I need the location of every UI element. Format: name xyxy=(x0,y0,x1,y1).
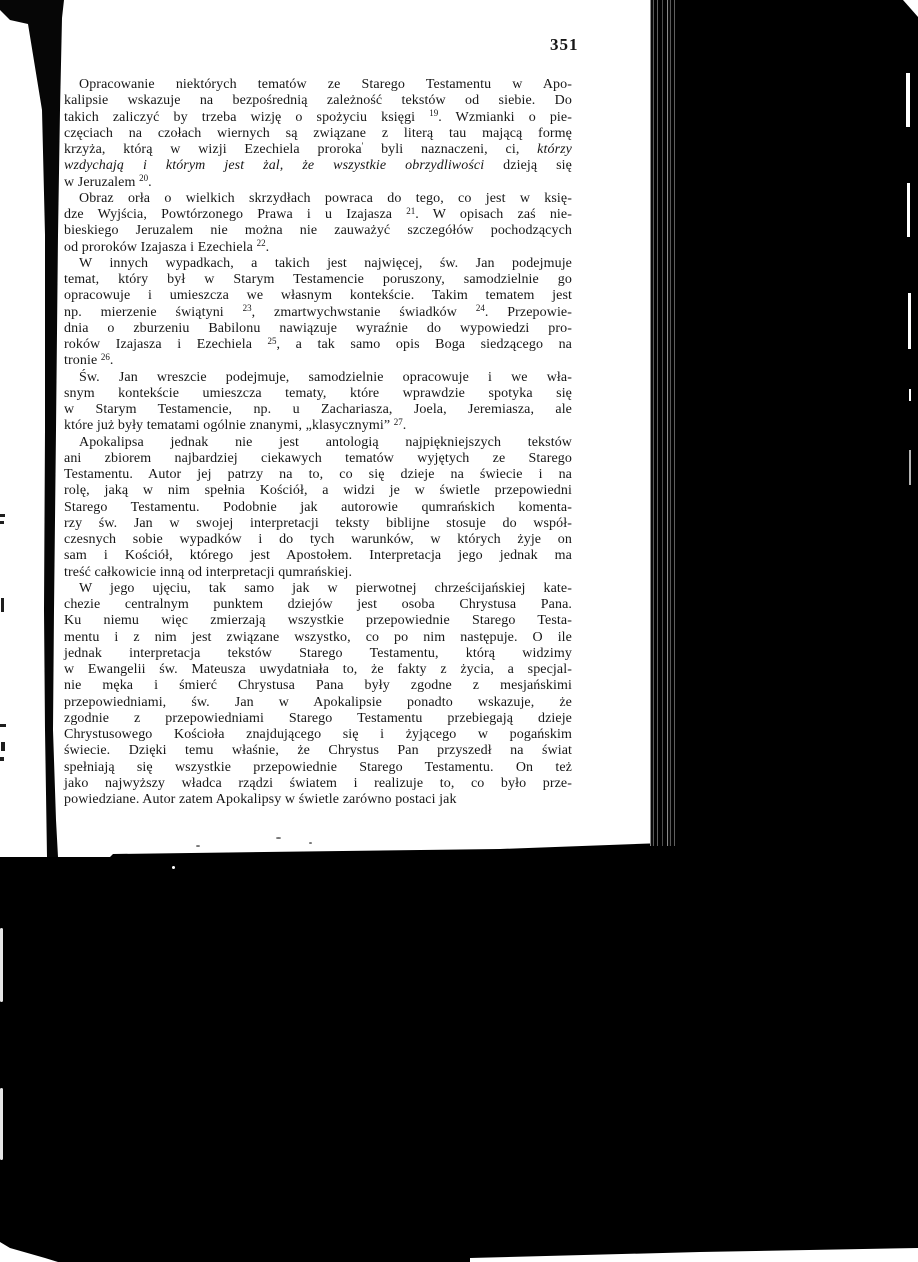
text-run: roków Izajasza i Ezechiela xyxy=(64,337,268,352)
text-block: Opracowanie niektórych tematów ze Stareg… xyxy=(64,77,572,808)
text-run: . Wzmianki o pie- xyxy=(438,110,572,125)
scan-artifact-mark xyxy=(1,598,4,612)
text-run: w Ewangelii św. Mateusza uwydatniała to,… xyxy=(64,662,572,677)
text-line: nie męka i śmierć Chrystusa Pana były zg… xyxy=(64,678,572,694)
text-line: powiedziane. Autor zatem Apokalipsy w św… xyxy=(64,792,572,808)
text-line: kalipsie wskazuje na bezpośrednią zależn… xyxy=(64,93,572,109)
text-line: Św. Jan wreszcie podejmuje, samodzielnie… xyxy=(64,370,572,386)
scan-artifact-edge xyxy=(907,183,910,237)
text-line: mentu i z nim jest związane wszystko, co… xyxy=(64,630,572,646)
text-line: np. mierzenie świątyni 23, zmartwychwsta… xyxy=(64,305,572,321)
page-edge-texture xyxy=(650,0,678,846)
text-line: krzyża, którą w wizji Ezechiela proroka'… xyxy=(64,142,572,158)
text-run: . xyxy=(110,353,114,368)
text-run: . Przepowie- xyxy=(485,305,572,320)
scan-artifact-edge xyxy=(909,389,911,401)
text-run: które już były tematami ogólnie znanymi,… xyxy=(64,418,394,433)
text-line: treść całkowicie inną od interpretacji q… xyxy=(64,565,572,581)
scan-artifact-speck xyxy=(309,842,312,844)
text-run: Apokalipsa jednak nie jest antologią naj… xyxy=(79,435,572,450)
text-line: Opracowanie niektórych tematów ze Stareg… xyxy=(64,77,572,93)
paragraph: Obraz orła o wielkich skrzydłach powraca… xyxy=(64,191,572,256)
text-line: W innych wypadkach, a takich jest najwię… xyxy=(64,256,572,272)
text-line: spełniają się wszystkie przepowiednie St… xyxy=(64,760,572,776)
text-run: opracowuje i umieszcza we własnym kontek… xyxy=(64,288,572,303)
scan-artifact-mark xyxy=(0,521,4,524)
text-line: bieskiego Jeruzalem nie można nie zauważ… xyxy=(64,223,572,239)
text-run: temat, który był w Starym Testamencie po… xyxy=(64,272,572,287)
text-line: Testamentu. Autor jej patrzy na to, co s… xyxy=(64,467,572,483)
scan-artifact-speck xyxy=(276,837,281,839)
text-line: W jego ujęciu, tak samo jak w pierwotnej… xyxy=(64,581,572,597)
text-run: rolę, jaką w nim spełnia Kościół, a widz… xyxy=(64,483,572,498)
text-run: ani zbiorem najbardziej ciekawych temató… xyxy=(64,451,572,466)
text-line: roków Izajasza i Ezechiela 25, a tak sam… xyxy=(64,337,572,353)
text-run: W innych wypadkach, a takich jest najwię… xyxy=(79,256,572,271)
scan-artifact-edge xyxy=(0,928,3,1002)
text-line: rzy św. Jan w swojej interpretacji tekst… xyxy=(64,516,572,532)
text-line: Apokalipsa jednak nie jest antologią naj… xyxy=(64,435,572,451)
text-run: rzy św. Jan w swojej interpretacji tekst… xyxy=(64,516,572,531)
text-run: np. mierzenie świątyni xyxy=(64,305,243,320)
text-run: W jego ujęciu, tak samo jak w pierwotnej… xyxy=(79,581,572,596)
text-line: sam i Kościół, którego jest Apostołem. I… xyxy=(64,548,572,564)
scan-artifact-edge xyxy=(903,0,918,17)
scan-artifact-edge xyxy=(909,450,911,485)
text-run: , a tak samo opis Boga siedzącego na xyxy=(277,337,572,352)
text-run: Chrystusowego Kościoła znajdującego się … xyxy=(64,727,572,742)
text-run: 24 xyxy=(476,303,485,313)
text-run: 25 xyxy=(268,336,277,346)
text-line: rolę, jaką w nim spełnia Kościół, a widz… xyxy=(64,483,572,499)
text-run: jako najwyższy władca rządzi światem i r… xyxy=(64,776,572,791)
text-line: od proroków Izajasza i Ezechiela 22. xyxy=(64,240,572,256)
text-run: w Starym Testamencie, np. u Zachariasza,… xyxy=(64,402,572,417)
text-run: jednak interpretacja tekstów Starego Tes… xyxy=(64,646,572,661)
text-line: Chrystusowego Kościoła znajdującego się … xyxy=(64,727,572,743)
paragraph: W innych wypadkach, a takich jest najwię… xyxy=(64,256,572,370)
text-run: Testamentu. Autor jej patrzy na to, co s… xyxy=(64,467,572,482)
text-run: Obraz orła o wielkich skrzydłach powraca… xyxy=(79,191,572,206)
text-run: treść całkowicie inną od interpretacji q… xyxy=(64,565,352,580)
text-run: 20 xyxy=(139,173,148,183)
text-line: przepowiedniami, św. Jan w Apokalipsie p… xyxy=(64,695,572,711)
text-line: Obraz orła o wielkich skrzydłach powraca… xyxy=(64,191,572,207)
scan-artifact-mark xyxy=(0,757,4,761)
text-run: wzdychają i którym jest żal, że wszystki… xyxy=(64,158,484,173)
text-line: takich zaliczyć by trzeba wizję o spożyc… xyxy=(64,110,572,126)
text-line: jednak interpretacja tekstów Starego Tes… xyxy=(64,646,572,662)
text-line: jako najwyższy władca rządzi światem i r… xyxy=(64,776,572,792)
paragraph: W jego ujęciu, tak samo jak w pierwotnej… xyxy=(64,581,572,809)
text-line: Ku niemu więc zmierzają wszystkie przepo… xyxy=(64,613,572,629)
text-run: . xyxy=(148,175,152,190)
text-run: w Jeruzalem xyxy=(64,175,139,190)
text-run: Ku niemu więc zmierzają wszystkie przepo… xyxy=(64,613,572,628)
text-run: powiedziane. Autor zatem Apokalipsy w św… xyxy=(64,792,457,807)
text-run: tronie xyxy=(64,353,101,368)
text-run: kalipsie wskazuje na bezpośrednią zależn… xyxy=(64,93,572,108)
scan-artifact-speck xyxy=(172,866,175,869)
scan-artifact-edge xyxy=(470,1246,918,1262)
scan-artifact-mark xyxy=(0,514,5,517)
text-run: dnia o zburzeniu Babilonu nawiązuje wyra… xyxy=(64,321,572,336)
text-run: 22 xyxy=(257,238,266,248)
text-line: temat, który był w Starym Testamencie po… xyxy=(64,272,572,288)
text-run: spełniają się wszystkie przepowiednie St… xyxy=(64,760,572,775)
text-run: sam i Kościół, którego jest Apostołem. I… xyxy=(64,548,572,563)
text-run: . xyxy=(403,418,407,433)
text-run: Opracowanie niektórych tematów ze Stareg… xyxy=(79,77,572,92)
text-line: zgodnie z przepowiedniami Starego Testam… xyxy=(64,711,572,727)
text-run: dzieją się xyxy=(484,158,572,173)
scan-artifact-mark xyxy=(1,742,5,751)
text-run: nie męka i śmierć Chrystusa Pana były zg… xyxy=(64,678,572,693)
text-line: które już były tematami ogólnie znanymi,… xyxy=(64,418,572,434)
text-line: chezie centralnym punktem dziejów jest o… xyxy=(64,597,572,613)
text-run: świecie. Dzięki temu właśnie, że Chrystu… xyxy=(64,743,572,758)
text-run: , zmartwychwstanie świadków xyxy=(252,305,476,320)
text-run: snym kontekście umieszcza tematy, które … xyxy=(64,386,572,401)
text-line: Starego Testamentu. Podobnie jak autorow… xyxy=(64,500,572,516)
text-line: dze Wyjścia, Powtórzonego Prawa i u Izaj… xyxy=(64,207,572,223)
scan-artifact-edge xyxy=(0,1240,58,1262)
scan-artifact-edge xyxy=(0,1088,3,1160)
text-run: bieskiego Jeruzalem nie można nie zauważ… xyxy=(64,223,572,238)
scan-artifact-speck xyxy=(196,845,200,847)
paragraph: Opracowanie niektórych tematów ze Stareg… xyxy=(64,77,572,191)
text-run: częciach na czołach wiernych są związane… xyxy=(64,126,572,141)
text-line: ani zbiorem najbardziej ciekawych temató… xyxy=(64,451,572,467)
text-run: przepowiedniami, św. Jan w Apokalipsie p… xyxy=(64,695,572,710)
text-run: 21 xyxy=(406,206,415,216)
text-run: takich zaliczyć by trzeba wizję o spożyc… xyxy=(64,110,429,125)
text-run: 27 xyxy=(394,417,403,427)
text-line: w Starym Testamencie, np. u Zachariasza,… xyxy=(64,402,572,418)
text-run: 23 xyxy=(243,303,252,313)
page-number: 351 xyxy=(550,35,579,55)
text-run: 26 xyxy=(101,352,110,362)
text-run: . W opisach zaś nie- xyxy=(415,207,572,222)
text-line: snym kontekście umieszcza tematy, które … xyxy=(64,386,572,402)
text-run: czesnych sobie wypadków i do tych warunk… xyxy=(64,532,572,547)
text-run: dze Wyjścia, Powtórzonego Prawa i u Izaj… xyxy=(64,207,406,222)
text-line: tronie 26. xyxy=(64,353,572,369)
scan-artifact-edge xyxy=(908,293,911,349)
text-run: krzyża, którą w wizji Ezechiela proroka xyxy=(64,142,362,157)
paragraph: Św. Jan wreszcie podejmuje, samodzielnie… xyxy=(64,370,572,435)
text-run: chezie centralnym punktem dziejów jest o… xyxy=(64,597,572,612)
text-line: częciach na czołach wiernych są związane… xyxy=(64,126,572,142)
text-run: zgodnie z przepowiedniami Starego Testam… xyxy=(64,711,572,726)
text-line: dnia o zburzeniu Babilonu nawiązuje wyra… xyxy=(64,321,572,337)
text-run: . xyxy=(266,240,270,255)
text-run: od proroków Izajasza i Ezechiela xyxy=(64,240,257,255)
text-run: którzy xyxy=(537,142,572,157)
page-paper: 351 Opracowanie niektórych tematów ze St… xyxy=(0,0,918,1262)
text-line: czesnych sobie wypadków i do tych warunk… xyxy=(64,532,572,548)
text-run: 19 xyxy=(429,108,438,118)
text-line: w Ewangelii św. Mateusza uwydatniała to,… xyxy=(64,662,572,678)
text-run: Św. Jan wreszcie podejmuje, samodzielnie… xyxy=(79,370,572,385)
scan-artifact-edge xyxy=(906,73,910,127)
text-line: w Jeruzalem 20. xyxy=(64,175,572,191)
text-run: mentu i z nim jest związane wszystko, co… xyxy=(64,630,572,645)
scanned-book-page: 351 Opracowanie niektórych tematów ze St… xyxy=(0,0,918,1262)
text-line: świecie. Dzięki temu właśnie, że Chrystu… xyxy=(64,743,572,759)
paragraph: Apokalipsa jednak nie jest antologią naj… xyxy=(64,435,572,581)
text-run: byli naznaczeni, ci, xyxy=(363,142,537,157)
scan-artifact-mark xyxy=(0,724,6,727)
text-run: Starego Testamentu. Podobnie jak autorow… xyxy=(64,500,572,515)
text-line: opracowuje i umieszcza we własnym kontek… xyxy=(64,288,572,304)
